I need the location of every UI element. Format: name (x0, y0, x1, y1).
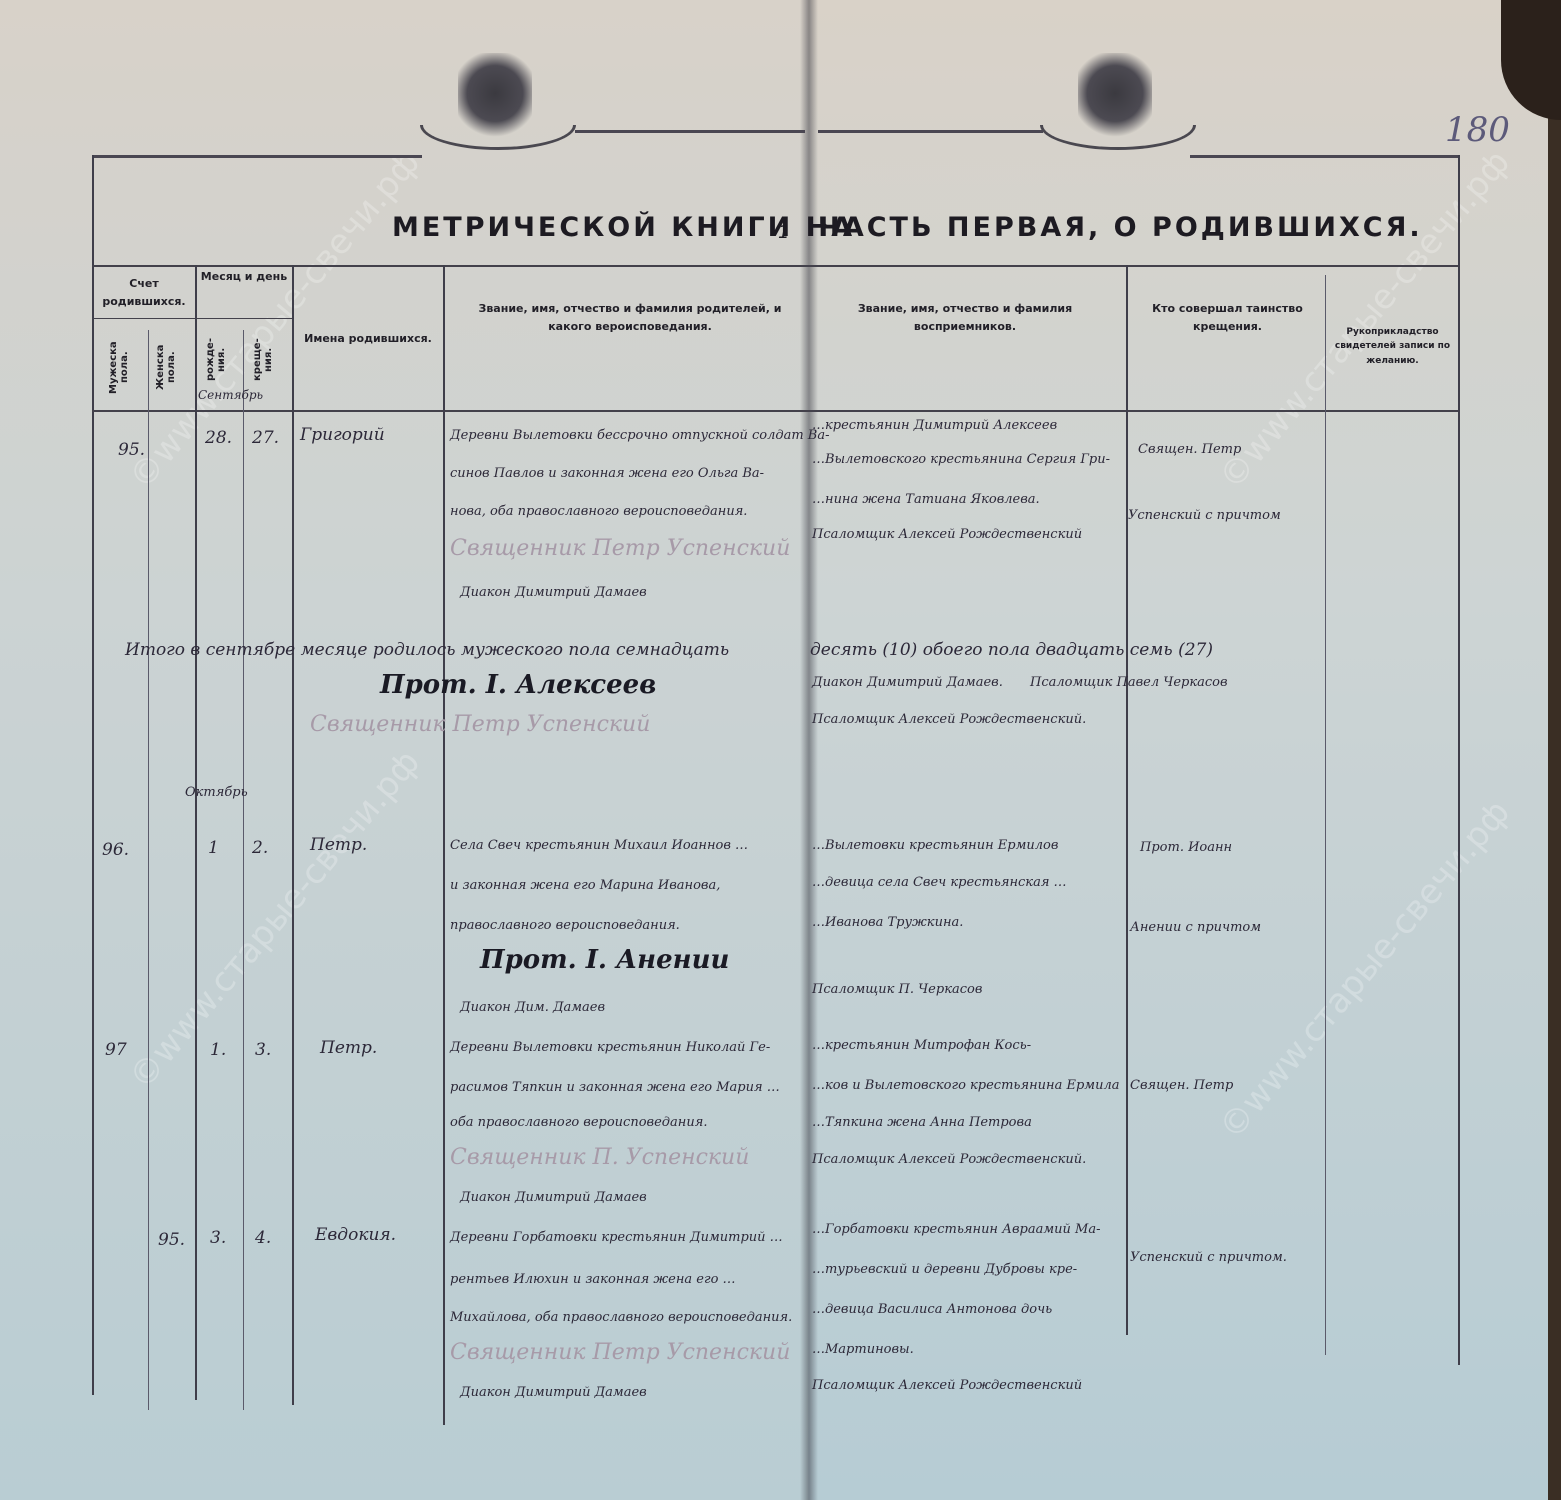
entry-performed-by: Прот. Иоанн (1140, 840, 1232, 855)
column-divider (195, 265, 197, 1400)
entry-child-name: Петр. (310, 835, 367, 855)
deacon-signature: Диакон Димитрий Дамаев (460, 1385, 647, 1400)
psalmist-signature: Псаломщик Алексей Рождественский. (812, 712, 1086, 727)
entry-female-count: 95. (158, 1230, 185, 1250)
month-september: Сентябрь (198, 388, 263, 402)
entry-parents-line: расимов Тяпкин и законная жена его Мария… (450, 1080, 780, 1095)
entry-baptism-day: 3. (255, 1040, 271, 1060)
entry-parents-line: нова, оба православного вероисповедания. (450, 504, 747, 519)
entry-godparents-line: …Вылетовского крестьянина Сергия Гри- (812, 452, 1110, 467)
header-rule (818, 130, 1043, 133)
psalmist-signature: Псаломщик Павел Черкасов (1030, 675, 1228, 690)
page-number: 180 (1445, 110, 1510, 150)
entry-godparents-line: Псаломщик Алексей Рождественский. (812, 1152, 1086, 1167)
table-border (92, 155, 94, 1395)
entry-male-count: 96. (102, 840, 129, 860)
column-divider (1325, 275, 1326, 1355)
title-part-number: 1 (778, 222, 792, 243)
col-male: Мужеска пола. (108, 330, 130, 405)
entry-godparents-line: Псаломщик П. Черкасов (812, 982, 982, 997)
deacon-signature: Диакон Димитрий Дамаев (460, 585, 647, 600)
entry-child-name: Петр. (320, 1038, 377, 1058)
entry-parents-line: Деревни Вылетовки бессрочно отпускной со… (450, 428, 830, 443)
entry-baptism-day: 2. (252, 838, 268, 858)
header-rule (1190, 155, 1460, 158)
deacon-signature: Диакон Димитрий Дамаев (460, 1190, 647, 1205)
entry-performed-by: Анении с причтом (1130, 920, 1261, 935)
priest-signature: Священник Петр Успенский (310, 712, 650, 737)
entry-godparents-line: …Горбатовки крестьянин Авраамий Ма- (812, 1222, 1100, 1237)
month-october: Октябрь (185, 785, 248, 800)
col-birth: рожде-ния. (205, 330, 227, 390)
entry-parents-line: Деревни Горбатовки крестьянин Димитрий … (450, 1230, 783, 1245)
col-female: Женска пола. (155, 330, 177, 405)
entry-performed-by: Священ. Петр (1138, 442, 1241, 457)
entry-godparents-line: …Иванова Тружкина. (812, 915, 963, 930)
col-count-born: Счет родившихся. (96, 275, 192, 310)
entry-parents-line: Михайлова, оба православного вероисповед… (450, 1310, 792, 1325)
entry-parents-line: православного вероисповедания. (450, 918, 680, 933)
col-parents: Звание, имя, отчество и фамилия родителе… (460, 300, 800, 335)
summary-text: Итого в сентябре месяце родилось мужеско… (125, 640, 729, 660)
entry-godparents-line: …крестьянин Димитрий Алексеев (812, 418, 1057, 433)
col-names: Имена родившихся. (296, 330, 440, 348)
entry-child-name: Григорий (300, 425, 385, 445)
title-right: ЧАСТЬ ПЕРВАЯ, О РОДИВШИХСЯ. (818, 212, 1423, 243)
deacon-signature: Диакон Димитрий Дамаев. (812, 675, 1003, 690)
entry-parents-line: синов Павлов и законная жена его Ольга В… (450, 466, 764, 481)
col-signatures: Рукоприкладство свидетелей записи по жел… (1330, 325, 1455, 368)
entry-performed-by: Успенский с причтом. (1130, 1250, 1287, 1265)
entry-godparents-line: …крестьянин Митрофан Кось- (812, 1038, 1031, 1053)
archpriest-signature: Прот. I. Анении (480, 945, 729, 975)
header-rule (575, 130, 805, 133)
header-subline (92, 318, 292, 319)
entry-godparents-line: …ков и Вылетовского крестьянина Ермила (812, 1078, 1119, 1093)
entry-birth-day: 28. (205, 428, 232, 448)
column-divider (443, 265, 445, 1425)
imperial-eagle-icon (420, 45, 570, 165)
entry-male-count: 97 (105, 1040, 127, 1060)
entry-birth-day: 3. (210, 1228, 226, 1248)
entry-performed-by: Священ. Петр (1130, 1078, 1233, 1093)
entry-parents-line: и законная жена его Марина Иванова, (450, 878, 720, 893)
col-godparents: Звание, имя, отчество и фамилия восприем… (815, 300, 1115, 335)
entry-performed-by: Успенский с причтом (1128, 508, 1281, 523)
priest-signature: Священник Петр Успенский (450, 536, 790, 561)
entry-parents-line: оба православного вероисповедания. (450, 1115, 707, 1130)
header-bottom-line (92, 410, 1458, 412)
entry-godparents-line: …Мартиновы. (812, 1342, 914, 1357)
entry-child-name: Евдокия. (315, 1225, 396, 1245)
entry-parents-line: рентьев Илюхин и законная жена его … (450, 1272, 736, 1287)
entry-godparents-line: …нина жена Татиана Яковлева. (812, 492, 1040, 507)
col-performed-by: Кто совершал таинство крещения. (1135, 300, 1320, 335)
entry-parents-line: Деревни Вылетовки крестьянин Николай Ге- (450, 1040, 770, 1055)
entry-godparents-line: …девица Василиса Антонова дочь (812, 1302, 1052, 1317)
archpriest-signature: Прот. I. Алексеев (380, 670, 656, 700)
header-top-line (92, 265, 1458, 267)
imperial-eagle-icon (1040, 45, 1190, 165)
entry-godparents-line: Псаломщик Алексей Рождественский (812, 527, 1082, 542)
entry-godparents-line: Псаломщик Алексей Рождественский (812, 1378, 1082, 1393)
col-month-day: Месяц и день (198, 268, 290, 286)
header-rule (92, 155, 422, 158)
column-divider (148, 330, 149, 1410)
entry-godparents-line: …Тяпкина жена Анна Петрова (812, 1115, 1032, 1130)
column-divider (243, 330, 244, 1410)
entry-godparents-line: …Вылетовки крестьянин Ермилов (812, 838, 1058, 853)
column-divider (292, 265, 294, 1405)
priest-signature: Священник П. Успенский (450, 1145, 749, 1170)
entry-male-count: 95. (118, 440, 145, 460)
table-border (1458, 155, 1460, 1365)
priest-signature: Священник Петр Успенский (450, 1340, 790, 1365)
entry-godparents-line: …девица села Свеч крестьянская … (812, 875, 1067, 890)
entry-birth-day: 1 (208, 838, 219, 858)
entry-baptism-day: 27. (252, 428, 279, 448)
summary-text: десять (10) обоего пола двадцать семь (2… (810, 640, 1213, 660)
entry-birth-day: 1. (210, 1040, 226, 1060)
entry-parents-line: Села Свеч крестьянин Михаил Иоаннов … (450, 838, 748, 853)
entry-baptism-day: 4. (255, 1228, 271, 1248)
entry-godparents-line: …турьевский и деревни Дубровы кре- (812, 1262, 1077, 1277)
col-baptism: креще-ния. (252, 330, 274, 390)
column-divider (1126, 265, 1128, 1335)
deacon-signature: Диакон Дим. Дамаев (460, 1000, 605, 1015)
